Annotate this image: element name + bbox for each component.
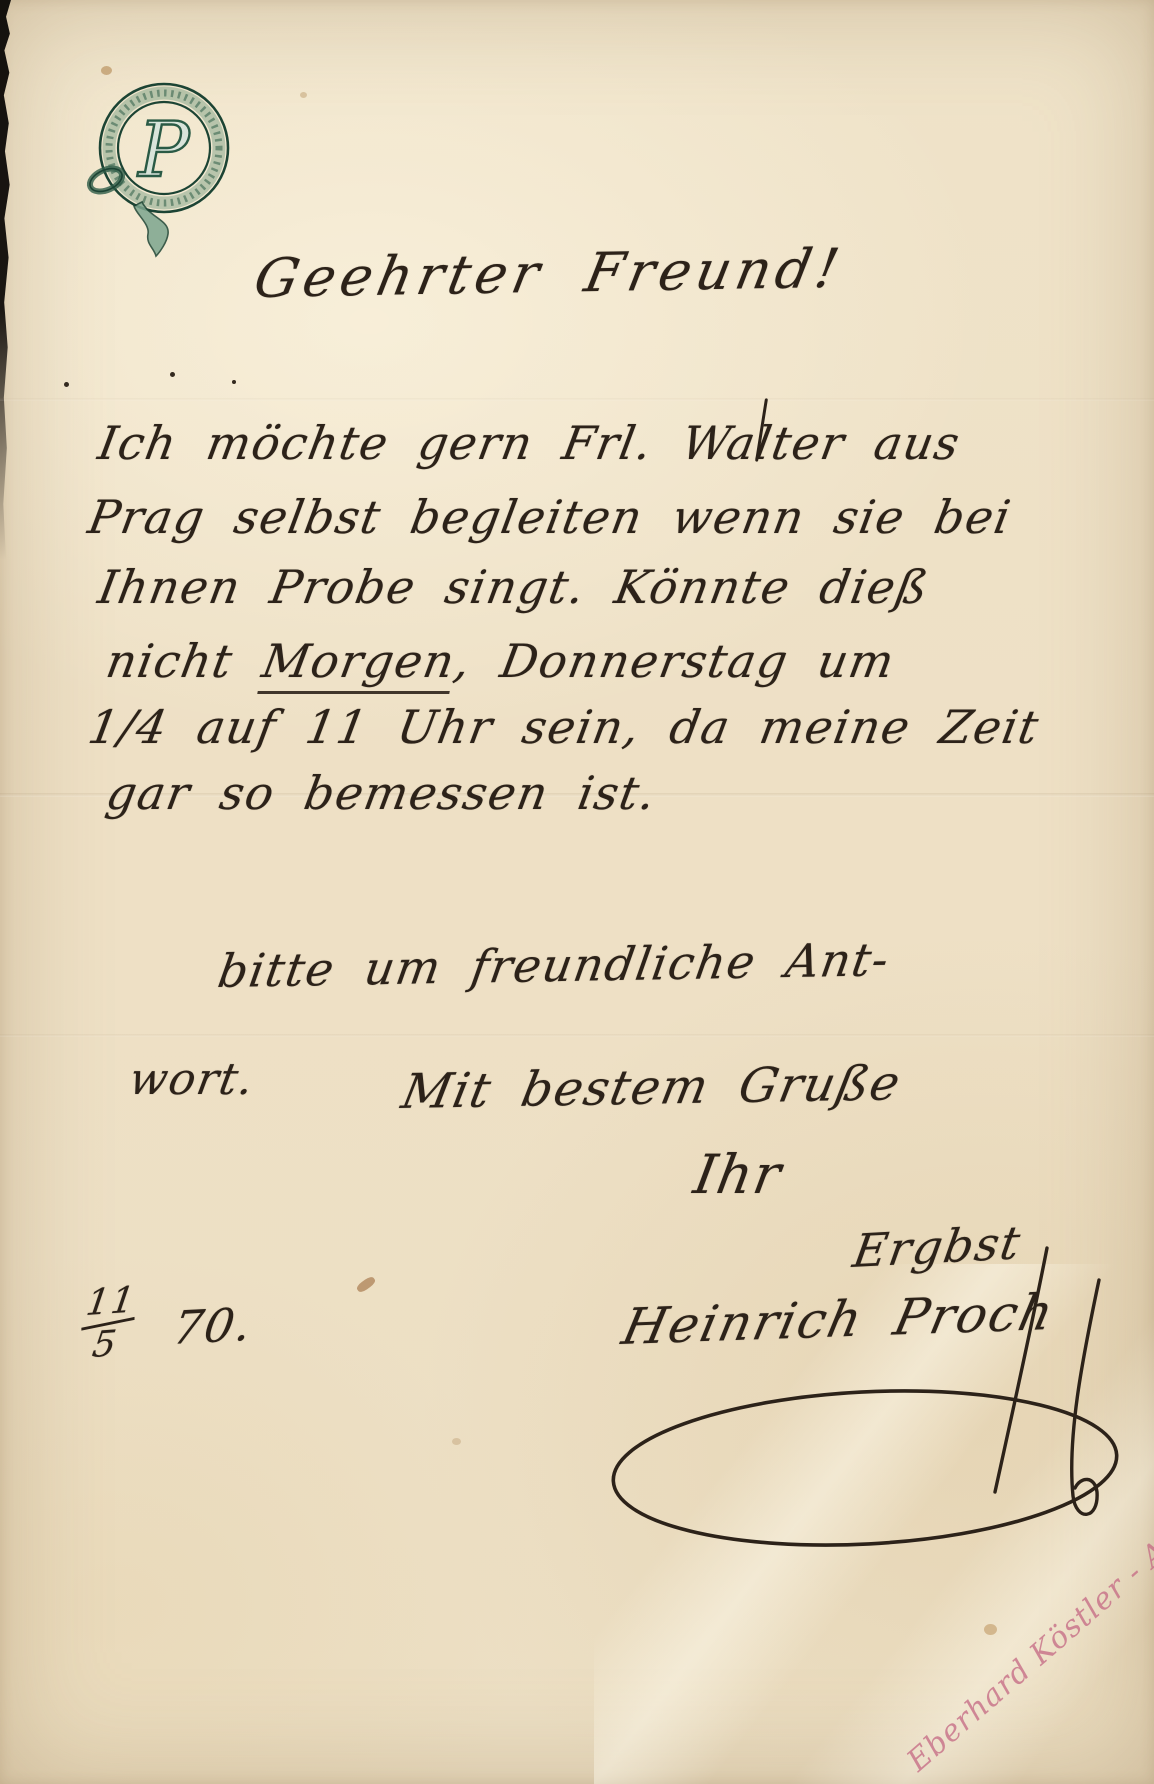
body-line-8: wort. bbox=[126, 1058, 258, 1102]
foxing-spot bbox=[452, 1438, 461, 1445]
ink-dot bbox=[64, 382, 69, 387]
foxing-spot bbox=[355, 1275, 377, 1294]
foxing-spot bbox=[300, 92, 307, 98]
body-line-7: bitte um freundliche Ant- bbox=[215, 936, 893, 994]
ink-dot bbox=[170, 372, 175, 377]
body-line-3: Ihnen Probe singt. Könnte dieß bbox=[95, 564, 933, 610]
valediction-line-1: Ihr bbox=[690, 1148, 786, 1202]
body-line-4-pre: nicht bbox=[102, 634, 267, 688]
date-month: 5 bbox=[90, 1326, 120, 1364]
date-fraction: 115 bbox=[76, 1283, 140, 1365]
body-line-1: Ich möchte gern Frl. Walter aus bbox=[95, 420, 964, 466]
ink-dot bbox=[232, 380, 236, 384]
crest-buckle bbox=[86, 164, 125, 196]
crest-monogram-letter: P bbox=[136, 105, 191, 194]
torn-paper-edge bbox=[0, 0, 11, 560]
body-line-2: Prag selbst begleiten wenn sie bei bbox=[85, 494, 1015, 540]
fold-crease bbox=[0, 1034, 1154, 1037]
monogram-p-crest-icon: P bbox=[84, 60, 236, 260]
date-day: 11 bbox=[84, 1283, 139, 1322]
signature-flourish bbox=[575, 1240, 1135, 1590]
body-line-6: gar so bemessen ist. bbox=[103, 770, 660, 816]
foxing-spot bbox=[984, 1624, 997, 1635]
body-line-4-underlined-word: Morgen bbox=[257, 634, 460, 694]
body-line-4-post: , Donnerstag um bbox=[450, 634, 899, 688]
date-year: 70. bbox=[170, 1301, 256, 1351]
body-line-4: nicht Morgen, Donnerstag um bbox=[103, 638, 899, 684]
body-line-5: 1/4 auf 11 Uhr sein, da meine Zeit bbox=[85, 704, 1043, 750]
letter-scan-page: P Geehrter Freund! Ich möchte gern Frl. … bbox=[0, 0, 1154, 1784]
salutation-line: Geehrter Freund! bbox=[250, 242, 848, 306]
closing-line: Mit bestem Gruße bbox=[398, 1059, 905, 1116]
fold-crease bbox=[0, 398, 1154, 401]
